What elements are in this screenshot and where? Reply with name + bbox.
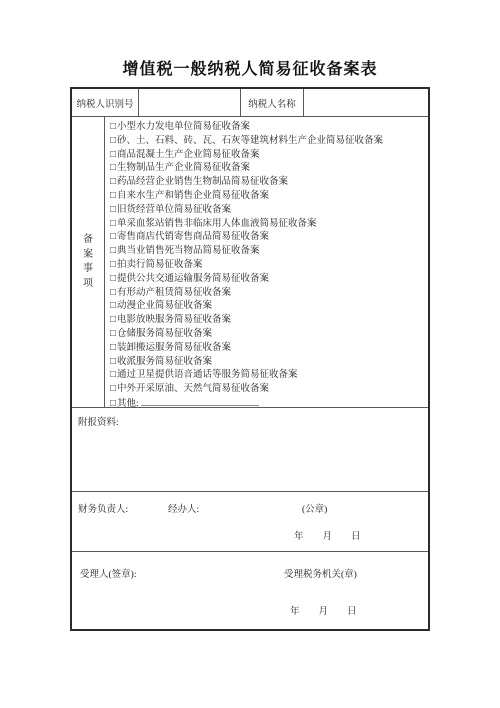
filing-option-label: 生物制品生产企业简易征收备案 <box>117 163 250 173</box>
filing-option-label: 典当业销售死当物品简易征收备案 <box>117 246 260 256</box>
taxpayer-id-input[interactable] <box>139 89 241 116</box>
checkbox-icon[interactable]: □ <box>110 190 116 201</box>
taxpayer-id-label: 纳税人识别号 <box>72 89 139 116</box>
filing-option-row: □装卸搬运服务简易征收备案 <box>110 341 428 355</box>
checkbox-icon[interactable]: □ <box>110 162 116 173</box>
filing-option-label: 提供公共交通运输服务简易征收备案 <box>117 274 269 284</box>
section-label-char: 事 <box>83 262 93 277</box>
form-title: 增值税一般纳税人简易征收备案表 <box>0 56 500 79</box>
checkbox-icon[interactable]: □ <box>110 273 116 284</box>
checkbox-icon[interactable]: □ <box>110 369 116 380</box>
acceptor-label: 受理人(签章): <box>80 566 136 580</box>
filing-option-label: 旧货经营单位简易征收备案 <box>117 205 231 215</box>
official-seal-label: (公章) <box>302 501 327 515</box>
checkbox-icon[interactable]: □ <box>110 204 116 215</box>
checkbox-icon[interactable]: □ <box>110 218 116 229</box>
tax-authority-label: 受理税务机关(章) <box>284 566 357 580</box>
checkbox-icon[interactable]: □ <box>110 259 116 270</box>
attachments-input-area[interactable]: 附报资料: <box>72 407 428 491</box>
filing-option-row: □提供公共交通运输服务简易征收备案 <box>110 272 428 286</box>
filing-option-row: □有形动产租赁简易征收备案 <box>110 286 428 300</box>
section-label-char: 备 <box>83 233 93 248</box>
checkbox-icon[interactable]: □ <box>110 314 116 325</box>
filing-option-row: □砂、土、石料、砖、瓦、石灰等建筑材料生产企业简易征收备案 <box>110 134 428 148</box>
taxpayer-info-row: 纳税人识别号 纳税人名称 <box>72 89 428 116</box>
checkbox-icon[interactable]: □ <box>110 300 116 311</box>
section-label-char: 项 <box>83 277 93 292</box>
filing-option-row: □药品经营企业销售生物制品简易征收备案 <box>110 175 428 189</box>
filing-option-row: □小型水力发电单位简易征收备案 <box>110 120 428 134</box>
taxpayer-name-input[interactable] <box>304 89 428 116</box>
checkbox-icon[interactable]: □ <box>110 356 116 367</box>
filing-items-row: 备 案 事 项 □小型水力发电单位简易征收备案 □砂、土、石料、砖、瓦、石灰等建… <box>72 116 428 407</box>
filing-option-label: 商品混凝土生产企业简易征收备案 <box>117 150 260 160</box>
checkbox-icon[interactable]: □ <box>110 342 116 353</box>
taxpayer-name-label: 纳税人名称 <box>241 89 304 116</box>
filing-option-row: □寄售商店代销寄售商品简易征收备案 <box>110 230 428 244</box>
signature-row: 财务负责人: 经办人: (公章) 年 月 日 <box>72 491 428 551</box>
checkbox-icon[interactable]: □ <box>110 121 116 132</box>
filing-option-label: 拍卖行简易征收备案 <box>117 260 203 270</box>
form-page: 增值税一般纳税人简易征收备案表 纳税人识别号 纳税人名称 备 案 事 项 □小型… <box>0 0 500 708</box>
filing-option-label: 小型水力发电单位简易征收备案 <box>117 122 250 132</box>
filing-option-label: 自来水生产和销售企业简易征收备案 <box>117 191 269 201</box>
checkbox-icon[interactable]: □ <box>110 398 116 407</box>
attachments-label: 附报资料: <box>78 418 119 428</box>
filing-option-label: 动漫企业简易征收备案 <box>117 301 212 311</box>
checkbox-icon[interactable]: □ <box>110 245 116 256</box>
checkbox-icon[interactable]: □ <box>110 149 116 160</box>
other-option-input-line[interactable] <box>141 396 259 406</box>
filing-option-row: □商品混凝土生产企业简易征收备案 <box>110 148 428 162</box>
filing-option-label: 药品经营企业销售生物制品简易征收备案 <box>117 177 288 187</box>
signature-date-label: 年 月 日 <box>294 528 361 542</box>
filing-section-label: 备 案 事 项 <box>72 117 105 407</box>
filing-option-row: □动漫企业简易征收备案 <box>110 299 428 313</box>
finance-officer-label: 财务负责人: <box>78 501 128 515</box>
filing-option-label: 收派服务简易征收备案 <box>117 357 212 367</box>
filing-option-label: 通过卫星提供语音通话等服务简易征收备案 <box>117 370 298 380</box>
filing-option-row: □电影放映服务简易征收备案 <box>110 313 428 327</box>
filing-option-label: 装卸搬运服务简易征收备案 <box>117 343 231 353</box>
filing-option-label: 电影放映服务简易征收备案 <box>117 315 231 325</box>
filing-option-row-other: □其他: <box>110 396 428 407</box>
filing-option-label: 仓储服务简易征收备案 <box>117 329 212 339</box>
filing-options-list: □小型水力发电单位简易征收备案 □砂、土、石料、砖、瓦、石灰等建筑材料生产企业简… <box>105 117 428 407</box>
handler-label: 经办人: <box>168 501 199 515</box>
checkbox-icon[interactable]: □ <box>110 231 116 242</box>
filing-option-label: 寄售商店代销寄售商品简易征收备案 <box>117 232 269 242</box>
filing-option-label: 中外开采原油、天然气简易征收备案 <box>117 384 269 394</box>
filing-option-row: □单采血浆站销售非临床用人体血液简易征收备案 <box>110 217 428 231</box>
filing-option-row: □通过卫星提供语音通话等服务简易征收备案 <box>110 368 428 382</box>
filing-option-label: 单采血浆站销售非临床用人体血液简易征收备案 <box>117 219 317 229</box>
checkbox-icon[interactable]: □ <box>110 383 116 394</box>
filing-option-label: 砂、土、石料、砖、瓦、石灰等建筑材料生产企业简易征收备案 <box>117 136 383 146</box>
checkbox-icon[interactable]: □ <box>110 328 116 339</box>
filing-option-label: 其他: <box>117 399 139 407</box>
filing-form-table: 纳税人识别号 纳税人名称 备 案 事 项 □小型水力发电单位简易征收备案 □砂、… <box>70 87 430 631</box>
filing-option-row: □拍卖行简易征收备案 <box>110 258 428 272</box>
section-label-char: 案 <box>83 248 93 263</box>
checkbox-icon[interactable]: □ <box>110 287 116 298</box>
filing-option-row: □典当业销售死当物品简易征收备案 <box>110 244 428 258</box>
acceptance-row: 受理人(签章): 受理税务机关(章) 年 月 日 <box>72 551 428 629</box>
filing-option-row: □收派服务简易征收备案 <box>110 355 428 369</box>
checkbox-icon[interactable]: □ <box>110 176 116 187</box>
filing-option-row: □生物制品生产企业简易征收备案 <box>110 161 428 175</box>
checkbox-icon[interactable]: □ <box>110 135 116 146</box>
filing-option-row: □中外开采原油、天然气简易征收备案 <box>110 382 428 396</box>
filing-option-row: □旧货经营单位简易征收备案 <box>110 203 428 217</box>
filing-option-row: □自来水生产和销售企业简易征收备案 <box>110 189 428 203</box>
filing-option-row: □仓储服务简易征收备案 <box>110 327 428 341</box>
acceptance-date-label: 年 月 日 <box>290 603 357 617</box>
filing-option-label: 有形动产租赁简易征收备案 <box>117 288 231 298</box>
